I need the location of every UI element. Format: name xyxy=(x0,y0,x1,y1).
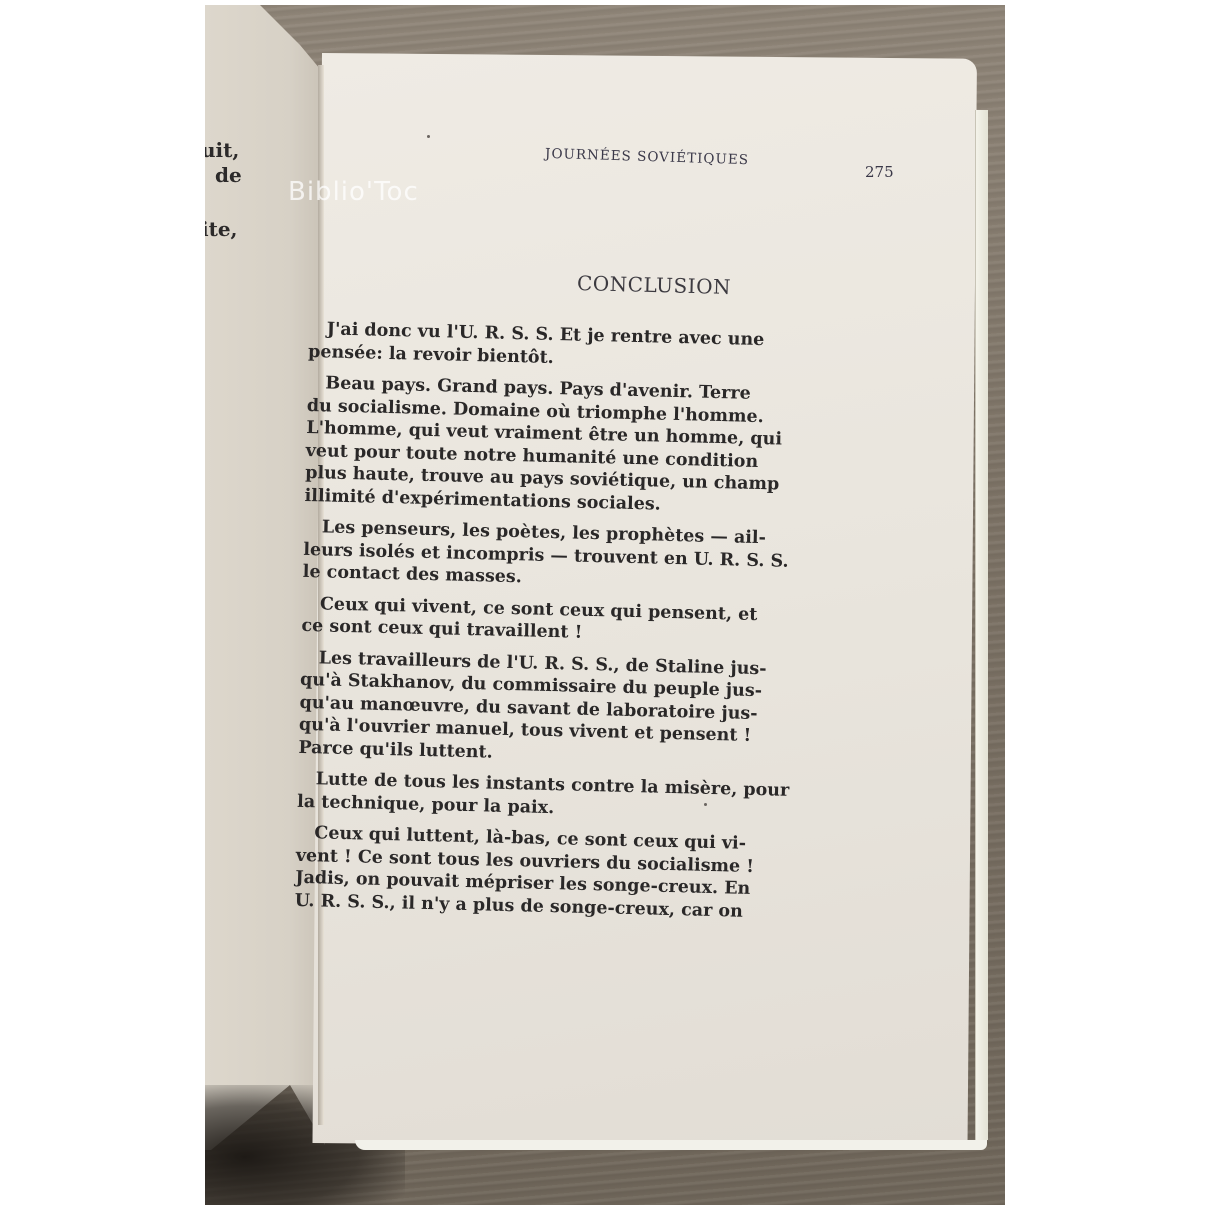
watermark: Biblio'Toc xyxy=(288,177,419,207)
page-edge xyxy=(975,110,988,1140)
left-page-fragment: de xyxy=(215,163,242,187)
paragraph: Ceux qui vivent, ce sont ceux qui pensen… xyxy=(301,592,877,651)
paper-spot xyxy=(427,135,430,138)
paragraph: Les travailleurs de l'U. R. S. S., de St… xyxy=(298,646,876,773)
chapter-title: CONCLUSION xyxy=(577,271,732,299)
paragraph: Les penseurs, les poètes, les prophètes … xyxy=(303,516,879,598)
paragraph: Beau pays. Grand pays. Pays d'avenir. Te… xyxy=(304,372,882,521)
page-number: 275 xyxy=(865,163,894,181)
body-text: J'ai donc vu l'U. R. S. S. Et je rentre … xyxy=(294,318,884,935)
left-page-fragment: ite, xyxy=(205,217,238,241)
page-bottom-edge xyxy=(355,1140,987,1150)
paragraph: Lutte de tous les instants contre la mis… xyxy=(297,768,873,827)
left-page-fragment: uit, xyxy=(205,138,239,162)
paragraph: Ceux qui luttent, là-bas, ce sont ceux q… xyxy=(294,822,871,926)
book-photo: uit, de ite, Biblio'Toc JOURNÉES SOVIÉTI… xyxy=(205,5,1005,1205)
